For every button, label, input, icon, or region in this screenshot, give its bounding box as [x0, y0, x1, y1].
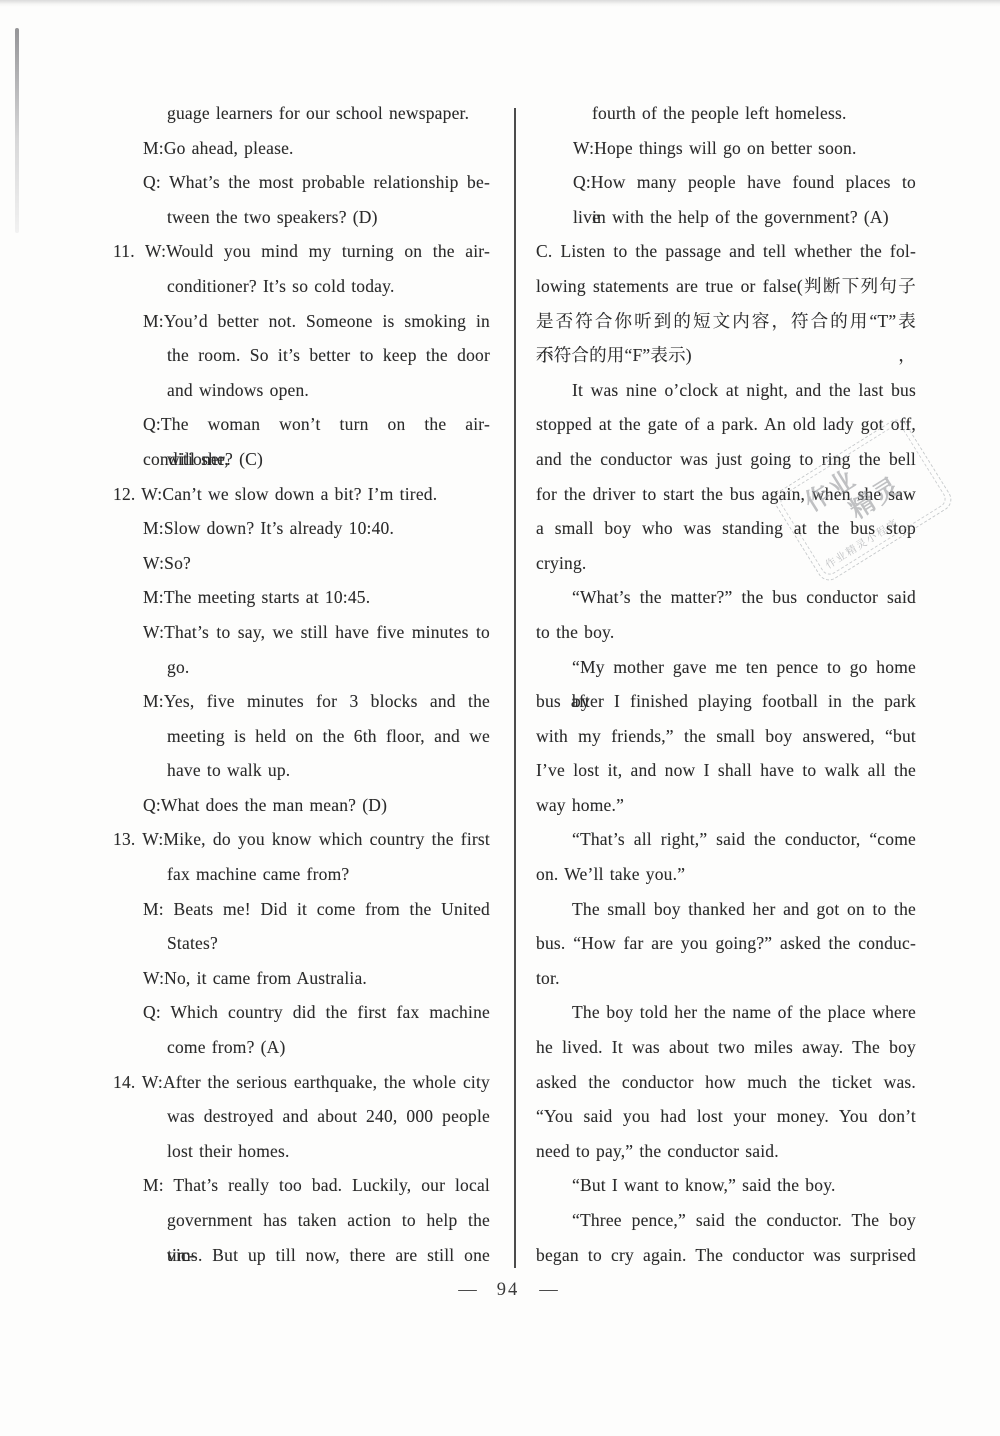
text-line: M:Go ahead, please.	[113, 131, 490, 166]
text-line: meeting is held on the 6th floor, and we	[113, 719, 490, 754]
footer-dash-left: —	[458, 1280, 477, 1300]
text-line: It was nine o’clock at night, and the la…	[536, 373, 916, 408]
text-line: 是否符合你听到的短文内容，符合的用“T”表示，	[536, 304, 916, 339]
text-line: The boy told her the name of the place w…	[536, 995, 916, 1030]
text-line: M:Slow down? It’s already 10:40.	[113, 511, 490, 546]
text-line: the room. So it’s better to keep the doo…	[113, 338, 490, 373]
text-line: The small boy thanked her and got on to …	[536, 892, 916, 927]
text-line: Q: Which country did the first fax machi…	[113, 995, 490, 1030]
text-line: M: That’s really too bad. Luckily, our l…	[113, 1168, 490, 1203]
text-line: “What’s the matter?” the bus conductor s…	[536, 580, 916, 615]
text-line: crying.	[536, 546, 916, 581]
scanned-textbook-page: guage learners for our school newspaper.…	[0, 0, 1000, 1436]
text-line: “That’s all right,” said the conductor, …	[536, 822, 916, 857]
text-line: for the driver to start the bus again, w…	[536, 477, 916, 512]
text-line: bus. “How far are you going?” asked the …	[536, 926, 916, 961]
text-line: and windows open.	[113, 373, 490, 408]
text-line: M:You’d better not. Someone is smoking i…	[113, 304, 490, 339]
column-divider-rule	[514, 108, 516, 1268]
text-line: Q:How many people have found places to l…	[536, 165, 916, 200]
text-line: asked the conductor how much the ticket …	[536, 1065, 916, 1100]
text-line: to the boy.	[536, 615, 916, 650]
text-line: 13. W:Mike, do you know which country th…	[113, 822, 490, 857]
text-line: W:That’s to say, we still have five minu…	[113, 615, 490, 650]
text-line: with my friends,” the small boy answered…	[536, 719, 916, 754]
text-line: come from? (A)	[113, 1030, 490, 1065]
text-line: W:So?	[113, 546, 490, 581]
text-line: in with the help of the government? (A)	[536, 200, 916, 235]
page-number: 94	[497, 1280, 520, 1300]
footer-dash-right: —	[539, 1280, 558, 1300]
text-line: government has taken action to help the …	[113, 1203, 490, 1238]
text-line: I’ve lost it, and now I shall have to wa…	[536, 753, 916, 788]
text-line: lost their homes.	[113, 1134, 490, 1169]
text-line: guage learners for our school newspaper.	[113, 96, 490, 131]
book-spine-artifact	[15, 28, 19, 233]
text-line: “My mother gave me ten pence to go home …	[536, 650, 916, 685]
text-line: go.	[113, 650, 490, 685]
text-line: M:Yes, five minutes for 3 blocks and the	[113, 684, 490, 719]
text-line: fax machine came from?	[113, 857, 490, 892]
text-line: will she? (C)	[113, 442, 490, 477]
text-line: need to pay,” the conductor said.	[536, 1134, 916, 1169]
text-line: States?	[113, 926, 490, 961]
text-line: lowing statements are true or false(判断下列…	[536, 269, 916, 304]
text-line: and the conductor was just going to ring…	[536, 442, 916, 477]
text-line: 14. W:After the serious earthquake, the …	[113, 1065, 490, 1100]
text-line: “You said you had lost your money. You d…	[536, 1099, 916, 1134]
scan-edge-artifact	[0, 0, 1000, 7]
text-line: bus after I finished playing football in…	[536, 684, 916, 719]
right-text-column: fourth of the people left homeless.W:Hop…	[536, 96, 916, 1272]
text-line: began to cry again. The conductor was su…	[536, 1238, 916, 1273]
text-line: way home.”	[536, 788, 916, 823]
text-line: Q:The woman won’t turn on the air-condit…	[113, 407, 490, 442]
text-line: “But I want to know,” said the boy.	[536, 1168, 916, 1203]
text-line: W:Hope things will go on better soon.	[536, 131, 916, 166]
text-line: M:The meeting starts at 10:45.	[113, 580, 490, 615]
text-line: tor.	[536, 961, 916, 996]
text-line: on. We’ll take you.”	[536, 857, 916, 892]
text-line: he lived. It was about two miles away. T…	[536, 1030, 916, 1065]
text-line: stopped at the gate of a park. An old la…	[536, 407, 916, 442]
text-line: tims. But up till now, there are still o…	[113, 1238, 490, 1273]
text-line: have to walk up.	[113, 753, 490, 788]
text-line: 12. W:Can’t we slow down a bit? I’m tire…	[113, 477, 490, 512]
text-line: M: Beats me! Did it come from the United	[113, 892, 490, 927]
text-line: Q:What does the man mean? (D)	[113, 788, 490, 823]
text-line: “Three pence,” said the conductor. The b…	[536, 1203, 916, 1238]
left-text-column: guage learners for our school newspaper.…	[113, 96, 490, 1272]
text-line: 11. W:Would you mind my turning on the a…	[113, 234, 490, 269]
text-line: was destroyed and about 240, 000 people	[113, 1099, 490, 1134]
page-footer: —94—	[8, 1280, 1000, 1301]
text-line: fourth of the people left homeless.	[536, 96, 916, 131]
text-line: tween the two speakers? (D)	[113, 200, 490, 235]
text-line: conditioner? It’s so cold today.	[113, 269, 490, 304]
text-line: C. Listen to the passage and tell whethe…	[536, 234, 916, 269]
text-line: a small boy who was standing at the bus …	[536, 511, 916, 546]
text-line: W:No, it came from Australia.	[113, 961, 490, 996]
text-line: Q: What’s the most probable relationship…	[113, 165, 490, 200]
